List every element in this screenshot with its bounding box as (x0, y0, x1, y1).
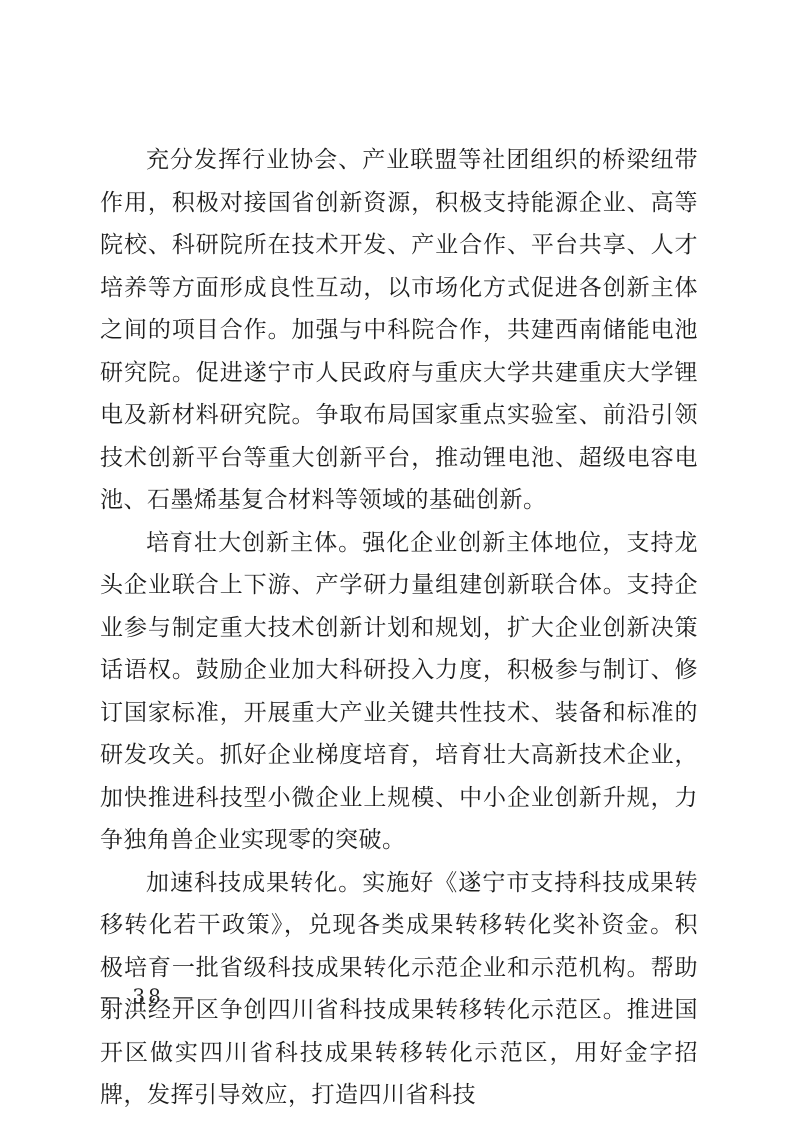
page-number: — 38 — (100, 984, 196, 1008)
paragraph-1: 充分发挥行业协会、产业联盟等社团组织的桥梁纽带作用，积极对接国省创新资源，积极支… (100, 139, 698, 522)
document-page: 充分发挥行业协会、产业联盟等社团组织的桥梁纽带作用，积极对接国省创新资源，积极支… (0, 0, 793, 1122)
document-body: 充分发挥行业协会、产业联盟等社团组织的桥梁纽带作用，积极对接国省创新资源，积极支… (100, 139, 698, 1117)
paragraph-2: 培育壮大创新主体。强化企业创新主体地位，支持龙头企业联合上下游、产学研力量组建创… (100, 522, 698, 862)
